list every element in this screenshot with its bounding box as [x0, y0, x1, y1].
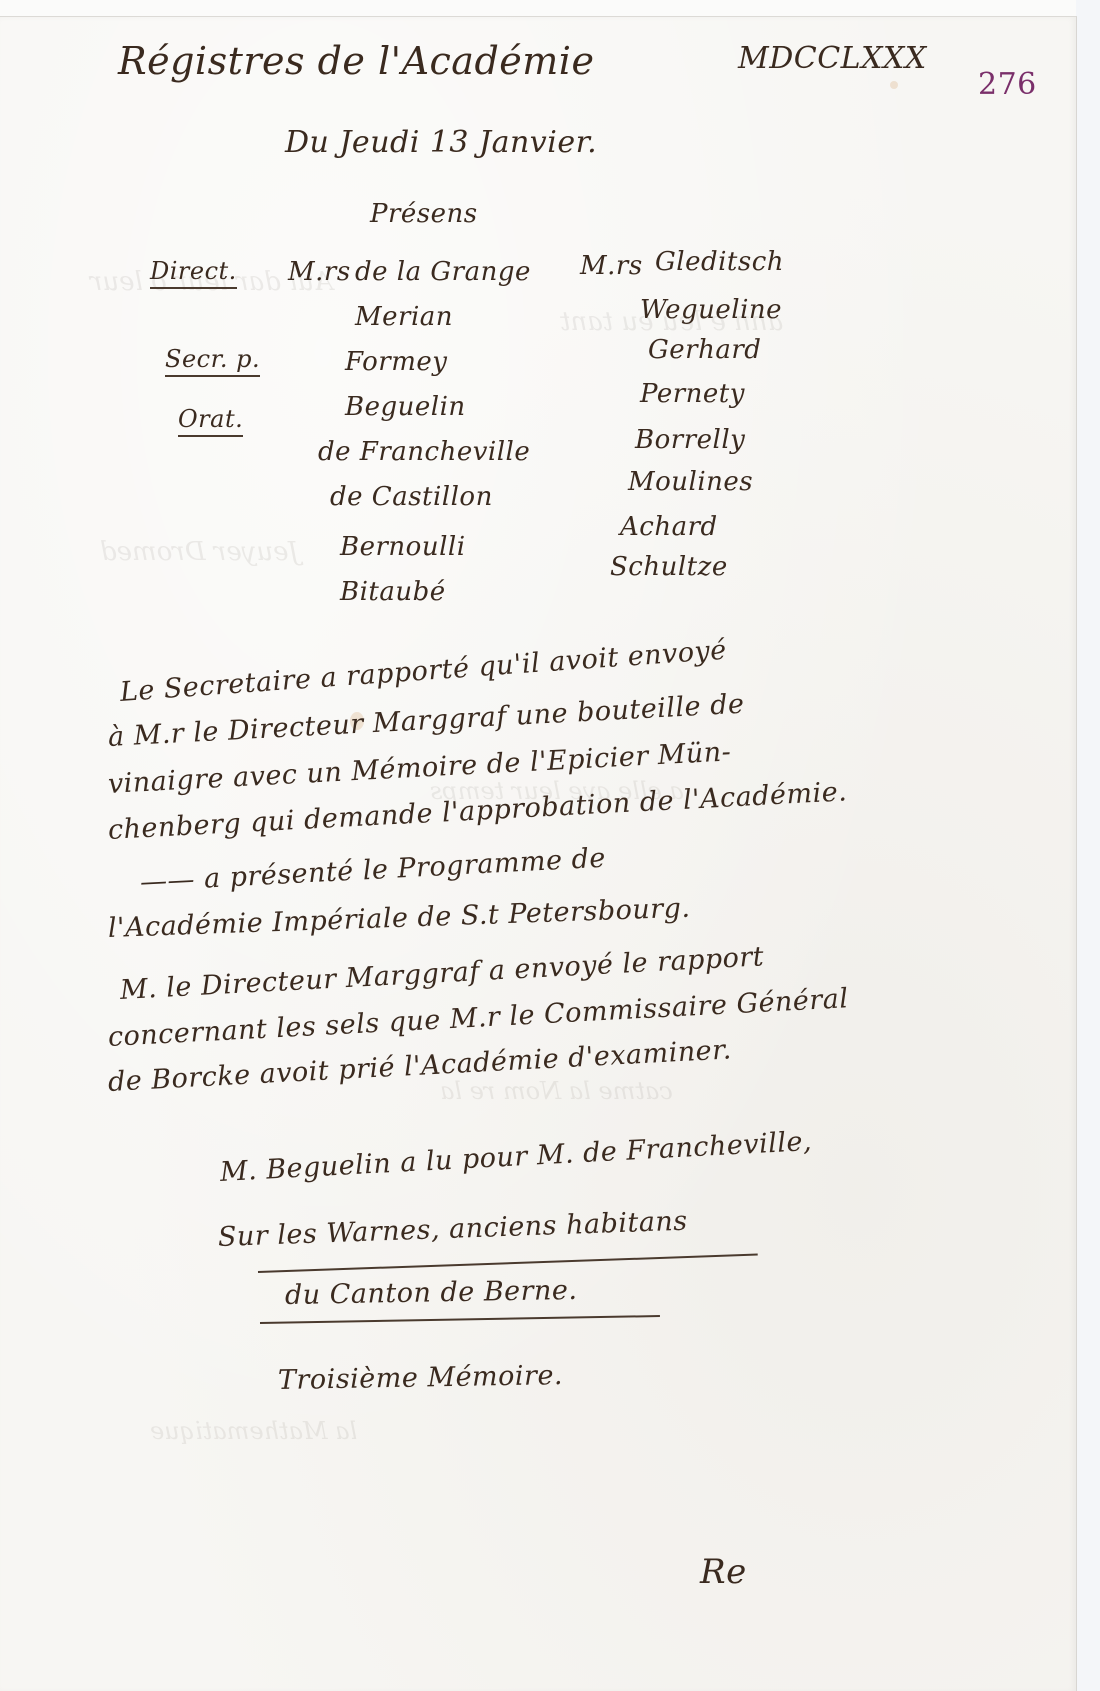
attendee: Schultze [610, 552, 728, 582]
attendee: Bernoulli [340, 532, 466, 562]
role-director: Direct. [150, 257, 237, 289]
scan-margin [1076, 0, 1100, 1691]
memoir-title-line: Sur les Warnes, anciens habitans [217, 1206, 688, 1253]
minutes-line: —— a présenté le Programme de [139, 843, 606, 898]
meeting-date: Du Jeudi 13 Janvier. [285, 125, 597, 160]
bleed-through-text: Jeuyer Dromed [100, 537, 299, 567]
title-underline [260, 1315, 660, 1324]
catchword: Re [700, 1552, 747, 1592]
manuscript-page: Aul dar leur o leur ann e leu eu tant Je… [0, 16, 1077, 1691]
memoir-title-line: du Canton de Berne. [285, 1275, 578, 1311]
role-orator: Orat. [178, 405, 243, 437]
attendee: Beguelin [345, 392, 466, 422]
attendee: Gleditsch [655, 247, 784, 277]
attendee: Gerhard [648, 335, 761, 365]
minutes-line: l'Académie Impériale de S.t Petersbourg. [107, 893, 691, 944]
minutes-line: M. Beguelin a lu pour M. de Francheville… [219, 1126, 813, 1188]
manuscript-scan: Aul dar leur o leur ann e leu eu tant Je… [0, 0, 1100, 1691]
paper-stain [890, 81, 898, 89]
bleed-through-text: catme la Nom re la [440, 1077, 673, 1105]
bleed-through-text: la Mathematique [150, 1417, 357, 1445]
attendee: Achard [620, 512, 718, 542]
folio-number: 276 [978, 67, 1037, 102]
attendee: Merian [355, 302, 453, 332]
title-underline [258, 1254, 758, 1273]
attendee: de Castillon [330, 482, 493, 512]
attendee: Wegueline [640, 295, 782, 325]
attendance-heading: Présens [370, 199, 478, 229]
honorific-left: M.rs [288, 257, 351, 287]
attendee: Bitaubé [340, 577, 446, 607]
memoir-subtitle: Troisième Mémoire. [278, 1360, 564, 1396]
attendee: Borrelly [635, 425, 745, 455]
register-year: MDCCLXXX [738, 41, 927, 76]
attendee: Pernety [640, 379, 745, 409]
attendee: de la Grange [355, 257, 531, 287]
role-secretary: Secr. p. [165, 345, 260, 377]
attendee: Moulines [628, 467, 753, 497]
attendee: Formey [345, 347, 447, 377]
attendee: de Francheville [318, 437, 530, 467]
register-title: Régistres de l'Académie [118, 39, 594, 83]
honorific-right: M.rs [580, 251, 643, 281]
